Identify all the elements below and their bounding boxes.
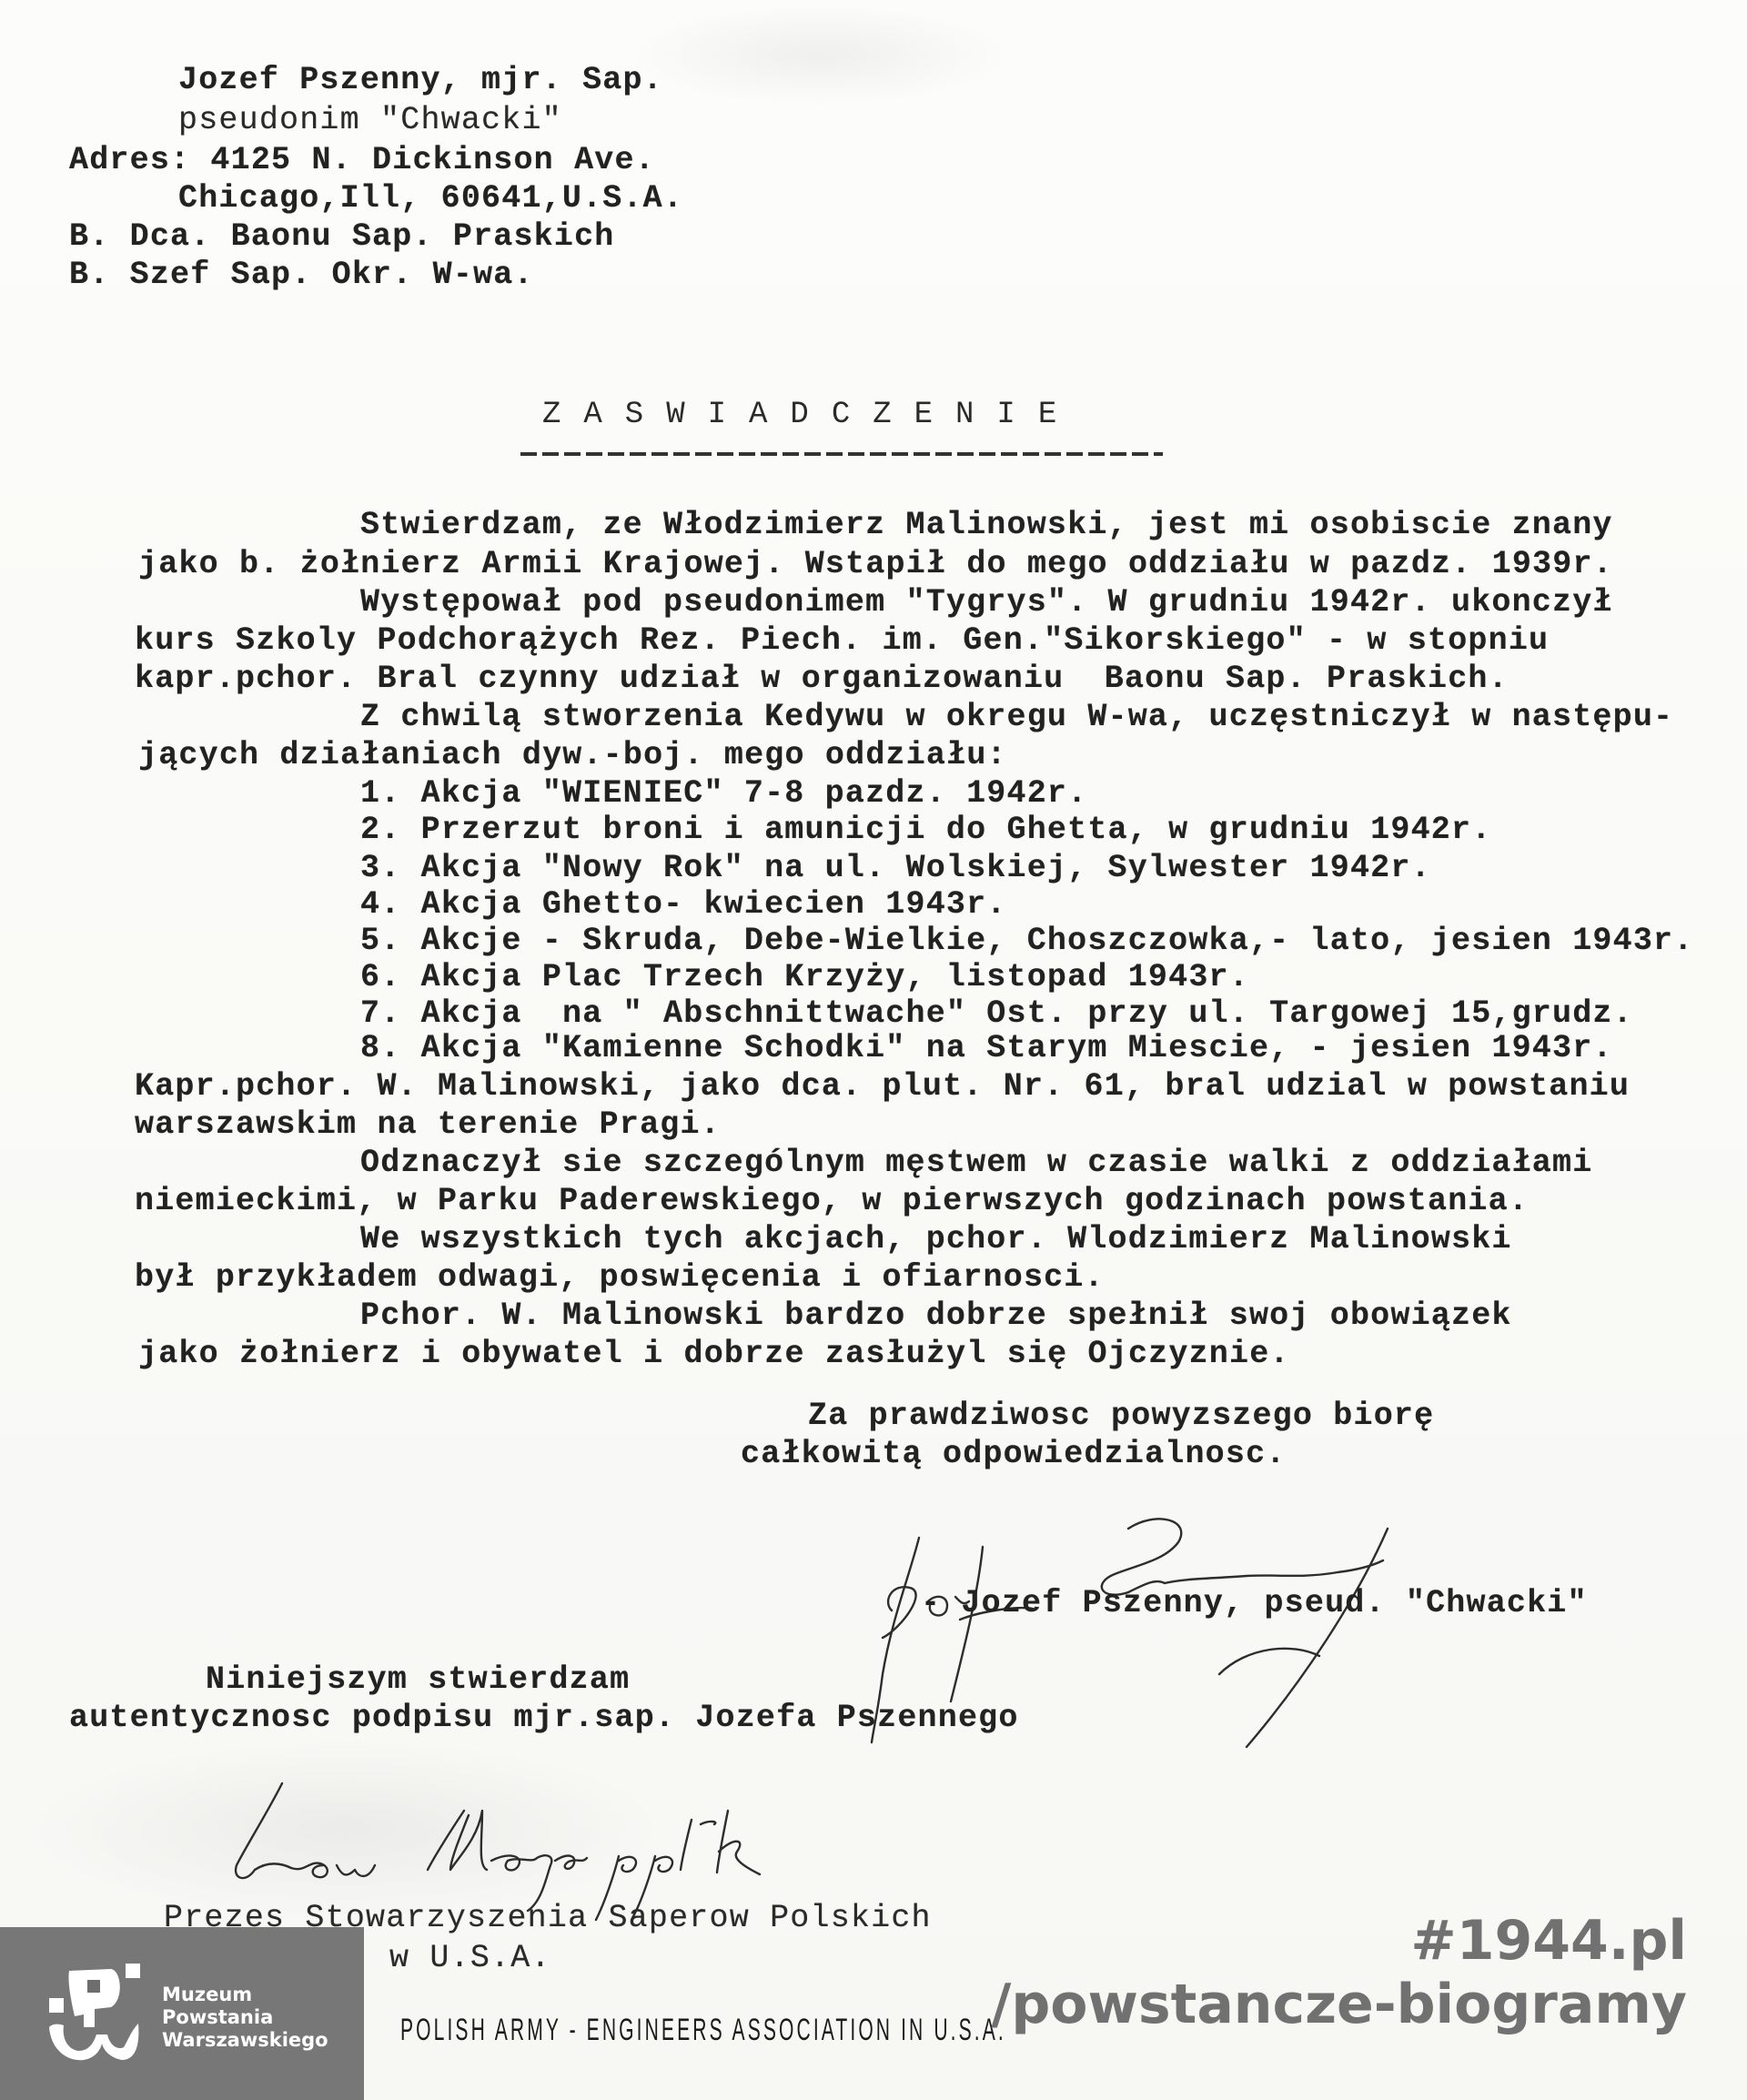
museum-name-line: Powstania xyxy=(162,2006,328,2029)
museum-name-line: Warszawskiego xyxy=(162,2029,328,2052)
body-line: Występował pod pseudonimem "Tygrys". W g… xyxy=(360,582,1613,622)
closing-line: Kapr.pchor. W. Malinowski, jako dca. plu… xyxy=(135,1066,1630,1106)
header-address-line: Adres: 4125 N. Dickinson Ave. xyxy=(69,140,655,180)
authentication-line: autentycznosc podpisu mjr.sap. Jozefa Ps… xyxy=(69,1698,1019,1738)
document-title: ZASWIADCZENIE xyxy=(542,398,1079,432)
body-line: Z chwilą stworzenia Kedywu w okregu W-wa… xyxy=(360,697,1673,737)
attestation-line: całkowitą odpowiedzialnosc. xyxy=(741,1434,1287,1474)
closing-line: był przykładem odwagi, poswięcenia i ofi… xyxy=(135,1257,1105,1297)
action-list-item: 5. Akcje - Skruda, Debe-Wielkie, Choszcz… xyxy=(360,921,1693,961)
closing-line: warszawskim na terenie Pragi. xyxy=(135,1105,721,1145)
body-line: Stwierdzam, ze Włodzimierz Malinowski, j… xyxy=(360,505,1613,545)
body-line: kurs Szkoly Podchorążych Rez. Piech. im.… xyxy=(135,621,1549,661)
authentication-line: Niniejszym stwierdzam xyxy=(206,1660,630,1700)
closing-line: Pchor. W. Malinowski bardzo dobrze spełn… xyxy=(360,1296,1512,1336)
header-pseudonym-line: pseudonim "Chwacki" xyxy=(178,100,562,140)
action-list-item: 4. Akcja Ghetto- kwiecien 1943r. xyxy=(360,884,1007,924)
body-line: jako b. żołnierz Armii Krajowej. Wstapił… xyxy=(138,544,1613,584)
body-line: kapr.pchor. Bral czynny udział w organiz… xyxy=(135,659,1509,699)
header-former-chief-line: B. Szef Sap. Okr. W-wa. xyxy=(69,255,534,295)
signatory-line: - Jozef Pszenny, pseud. "Chwacki" xyxy=(921,1583,1588,1623)
watermark[interactable]: #1944.pl /powstancze-biogramy xyxy=(991,1909,1687,2036)
president-title-line: w U.S.A. xyxy=(389,1938,551,1978)
header-name-line: Jozef Pszenny, mjr. Sap. xyxy=(178,60,663,100)
association-stamp: POLISH ARMY - ENGINEERS ASSOCIATION IN U… xyxy=(400,2013,1006,2048)
body-line: jących działaniach dyw.-boj. mego oddzia… xyxy=(138,735,1007,775)
watermark-hashtag: #1944.pl xyxy=(991,1909,1687,1973)
museum-logo-box[interactable]: Muzeum Powstania Warszawskiego xyxy=(0,1927,364,2100)
action-list-item: 3. Akcja "Nowy Rok" na ul. Wolskiej, Syl… xyxy=(360,848,1431,888)
anchor-kotwica-icon xyxy=(47,1964,140,2065)
closing-line: We wszystkich tych akcjach, pchor. Wlodz… xyxy=(360,1219,1512,1259)
closing-line: Odznaczył sie szczególnym męstwem w czas… xyxy=(360,1143,1592,1183)
action-list-item: 1. Akcja "WIENIEC" 7-8 pazdz. 1942r. xyxy=(360,773,1087,813)
header-former-commander-line: B. Dca. Baonu Sap. Praskich xyxy=(69,217,615,257)
watermark-path: /powstancze-biogramy xyxy=(991,1973,1687,2036)
attestation-line: Za prawdziwosc powyzszego biorę xyxy=(808,1396,1434,1436)
closing-line: jako żołnierz i obywatel i dobrze zasłuż… xyxy=(138,1334,1290,1374)
closing-line: niemieckimi, w Parku Paderewskiego, w pi… xyxy=(135,1181,1529,1221)
header-city-line: Chicago,Ill, 60641,U.S.A. xyxy=(178,178,683,218)
action-list-item: 8. Akcja "Kamienne Schodki" na Starym Mi… xyxy=(360,1028,1613,1068)
title-underline xyxy=(520,452,1163,456)
action-list-item: 6. Akcja Plac Trzech Krzyży, listopad 19… xyxy=(360,957,1249,997)
action-list-item: 2. Przerzut broni i amunicji do Ghetta, … xyxy=(360,810,1491,850)
museum-name: Muzeum Powstania Warszawskiego xyxy=(162,1984,328,2052)
museum-name-line: Muzeum xyxy=(162,1984,328,2006)
